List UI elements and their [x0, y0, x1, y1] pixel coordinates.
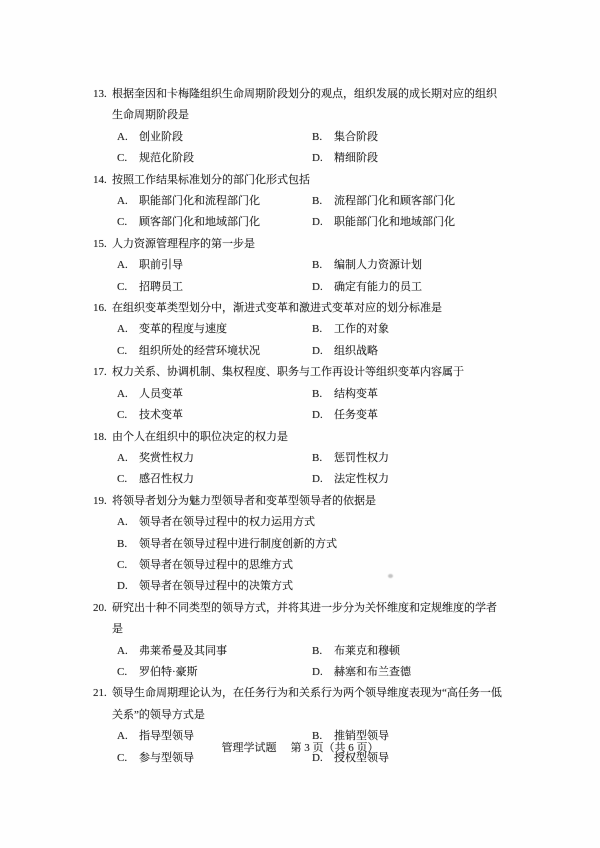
- question-line: 20. 研究出十种不同类型的领导方式，并将其进一步分为关怀维度和定规维度的学者是: [93, 598, 505, 641]
- option-text: 职前引导: [139, 255, 183, 276]
- option-text: 领导者在领导过程中进行制度创新的方式: [139, 534, 337, 555]
- option-item: A.人员变革: [117, 384, 312, 405]
- question-number: 21.: [93, 683, 112, 726]
- option-text: 确定有能力的员工: [334, 277, 422, 298]
- option-text: 赫塞和布兰查德: [334, 662, 411, 683]
- option-row: D.领导者在领导过程中的决策方式: [117, 576, 505, 597]
- option-item: C.顾客部门化和地域部门化: [117, 212, 312, 233]
- option-label: C.: [117, 148, 139, 169]
- option-label: C.: [117, 555, 139, 576]
- option-item: D.职能部门化和地域部门化: [312, 212, 455, 233]
- question-number: 15.: [93, 234, 112, 255]
- option-item: C.组织所处的经营环境状况: [117, 341, 312, 362]
- option-text: 领导者在领导过程中的决策方式: [139, 576, 293, 597]
- options-group: A.职能部门化和流程部门化B.流程部门化和顾客部门化C.顾客部门化和地域部门化D…: [93, 191, 505, 234]
- option-row: A.人员变革B.结构变革: [117, 384, 505, 405]
- exam-page: 13. 根据奎因和卡梅隆组织生命周期阶段划分的观点，组织发展的成长期对应的组织生…: [0, 0, 600, 848]
- question-text: 领导生命周期理论认为，在任务行为和关系行为两个领导维度表现为“高任务一低关系”的…: [112, 683, 505, 726]
- option-item: C.技术变革: [117, 405, 312, 426]
- option-item: D.任务变革: [312, 405, 378, 426]
- option-label: D.: [312, 277, 334, 298]
- option-text: 惩罚性权力: [334, 448, 389, 469]
- option-row: A.奖赏性权力B.惩罚性权力: [117, 448, 505, 469]
- option-text: 精细阶段: [334, 148, 378, 169]
- option-label: D.: [312, 662, 334, 683]
- option-item: D.精细阶段: [312, 148, 378, 169]
- option-text: 结构变革: [334, 384, 378, 405]
- options-group: A.变革的程度与速度B.工作的对象C.组织所处的经营环境状况D.组织战略: [93, 319, 505, 362]
- option-item: A.创业阶段: [117, 127, 312, 148]
- option-item: B.布莱克和穆顿: [312, 641, 400, 662]
- option-row: C.顾客部门化和地域部门化D.职能部门化和地域部门化: [117, 212, 505, 233]
- options-group: A.奖赏性权力B.惩罚性权力C.感召性权力D.法定性权力: [93, 448, 505, 491]
- question-line: 14. 按照工作结果标准划分的部门化形式包括: [93, 170, 505, 191]
- option-label: A.: [117, 448, 139, 469]
- option-row: A.职能部门化和流程部门化B.流程部门化和顾客部门化: [117, 191, 505, 212]
- question-text: 由个人在组织中的职位决定的权力是: [112, 427, 505, 448]
- question-line: 13. 根据奎因和卡梅隆组织生命周期阶段划分的观点，组织发展的成长期对应的组织生…: [93, 84, 505, 127]
- question-number: 16.: [93, 298, 112, 319]
- option-text: 职能部门化和地域部门化: [334, 212, 455, 233]
- option-item: B.流程部门化和顾客部门化: [312, 191, 455, 212]
- option-label: B.: [312, 641, 334, 662]
- question-block: 20. 研究出十种不同类型的领导方式，并将其进一步分为关怀维度和定规维度的学者是…: [93, 598, 505, 684]
- option-label: D.: [312, 405, 334, 426]
- option-label: B.: [312, 127, 334, 148]
- option-label: A.: [117, 384, 139, 405]
- footer-page-info: 第 3 页（共 6 页）: [291, 742, 379, 754]
- scan-artifact-dot: [388, 574, 393, 578]
- option-item: B.集合阶段: [312, 127, 378, 148]
- option-row: C.招聘员工D.确定有能力的员工: [117, 277, 505, 298]
- options-group: A.领导者在领导过程中的权力运用方式B.领导者在领导过程中进行制度创新的方式C.…: [93, 512, 505, 598]
- option-item: B.编制人力资源计划: [312, 255, 422, 276]
- option-label: C.: [117, 469, 139, 490]
- options-group: A.弗莱希曼及其同事B.布莱克和穆顿C.罗伯特·豪斯D.赫塞和布兰查德: [93, 641, 505, 684]
- option-item: D.领导者在领导过程中的决策方式: [117, 576, 293, 597]
- options-group: A.人员变革B.结构变革C.技术变革D.任务变革: [93, 384, 505, 427]
- option-text: 组织所处的经营环境状况: [139, 341, 260, 362]
- option-label: C.: [117, 405, 139, 426]
- option-item: C.罗伯特·豪斯: [117, 662, 312, 683]
- question-text: 人力资源管理程序的第一步是: [112, 234, 505, 255]
- question-block: 14. 按照工作结果标准划分的部门化形式包括 A.职能部门化和流程部门化B.流程…: [93, 170, 505, 234]
- questions-list: 13. 根据奎因和卡梅隆组织生命周期阶段划分的观点，组织发展的成长期对应的组织生…: [93, 84, 505, 769]
- option-label: B.: [312, 319, 334, 340]
- question-line: 15. 人力资源管理程序的第一步是: [93, 234, 505, 255]
- option-text: 编制人力资源计划: [334, 255, 422, 276]
- option-label: D.: [312, 148, 334, 169]
- option-label: C.: [117, 277, 139, 298]
- option-row: C.罗伯特·豪斯D.赫塞和布兰查德: [117, 662, 505, 683]
- option-row: A.领导者在领导过程中的权力运用方式: [117, 512, 505, 533]
- option-item: B.结构变革: [312, 384, 378, 405]
- question-number: 20.: [93, 598, 112, 641]
- option-label: D.: [117, 576, 139, 597]
- question-number: 18.: [93, 427, 112, 448]
- option-label: A.: [117, 127, 139, 148]
- option-item: A.变革的程度与速度: [117, 319, 312, 340]
- option-item: B.惩罚性权力: [312, 448, 389, 469]
- question-number: 13.: [93, 84, 112, 127]
- option-text: 弗莱希曼及其同事: [139, 641, 227, 662]
- question-line: 17. 权力关系、协调机制、集权程度、职务与工作再设计等组织变革内容属于: [93, 362, 505, 383]
- option-label: D.: [312, 341, 334, 362]
- option-label: A.: [117, 255, 139, 276]
- option-text: 工作的对象: [334, 319, 389, 340]
- option-row: C.感召性权力D.法定性权力: [117, 469, 505, 490]
- option-text: 变革的程度与速度: [139, 319, 227, 340]
- option-item: A.职能部门化和流程部门化: [117, 191, 312, 212]
- options-group: A.创业阶段B.集合阶段C.规范化阶段D.精细阶段: [93, 127, 505, 170]
- option-item: A.弗莱希曼及其同事: [117, 641, 312, 662]
- option-text: 任务变革: [334, 405, 378, 426]
- option-row: C.技术变革D.任务变革: [117, 405, 505, 426]
- question-number: 14.: [93, 170, 112, 191]
- option-text: 感召性权力: [139, 469, 194, 490]
- option-text: 流程部门化和顾客部门化: [334, 191, 455, 212]
- option-item: C.规范化阶段: [117, 148, 312, 169]
- question-block: 15. 人力资源管理程序的第一步是 A.职前引导B.编制人力资源计划C.招聘员工…: [93, 234, 505, 298]
- option-item: D.组织战略: [312, 341, 378, 362]
- option-label: A.: [117, 319, 139, 340]
- question-line: 18. 由个人在组织中的职位决定的权力是: [93, 427, 505, 448]
- question-text: 在组织变革类型划分中，渐进式变革和激进式变革对应的划分标准是: [112, 298, 505, 319]
- option-row: B.领导者在领导过程中进行制度创新的方式: [117, 534, 505, 555]
- question-line: 16. 在组织变革类型划分中，渐进式变革和激进式变革对应的划分标准是: [93, 298, 505, 319]
- option-text: 领导者在领导过程中的思维方式: [139, 555, 293, 576]
- option-text: 技术变革: [139, 405, 183, 426]
- option-item: D.法定性权力: [312, 469, 389, 490]
- question-block: 18. 由个人在组织中的职位决定的权力是 A.奖赏性权力B.惩罚性权力C.感召性…: [93, 427, 505, 491]
- option-item: A.奖赏性权力: [117, 448, 312, 469]
- question-block: 13. 根据奎因和卡梅隆组织生命周期阶段划分的观点，组织发展的成长期对应的组织生…: [93, 84, 505, 170]
- option-row: C.组织所处的经营环境状况D.组织战略: [117, 341, 505, 362]
- option-label: B.: [312, 448, 334, 469]
- question-block: 21. 领导生命周期理论认为，在任务行为和关系行为两个领导维度表现为“高任务一低…: [93, 683, 505, 769]
- footer-exam-title: 管理学试题: [222, 742, 277, 754]
- question-number: 19.: [93, 491, 112, 512]
- option-label: A.: [117, 512, 139, 533]
- option-row: A.变革的程度与速度B.工作的对象: [117, 319, 505, 340]
- option-text: 奖赏性权力: [139, 448, 194, 469]
- option-row: A.创业阶段B.集合阶段: [117, 127, 505, 148]
- question-text: 根据奎因和卡梅隆组织生命周期阶段划分的观点，组织发展的成长期对应的组织生命周期阶…: [112, 84, 505, 127]
- option-label: A.: [117, 641, 139, 662]
- question-line: 19. 将领导者划分为魅力型领导者和变革型领导者的依据是: [93, 491, 505, 512]
- question-text: 按照工作结果标准划分的部门化形式包括: [112, 170, 505, 191]
- option-row: A.职前引导B.编制人力资源计划: [117, 255, 505, 276]
- option-text: 招聘员工: [139, 277, 183, 298]
- option-row: C.规范化阶段D.精细阶段: [117, 148, 505, 169]
- option-label: B.: [117, 534, 139, 555]
- option-text: 规范化阶段: [139, 148, 194, 169]
- option-text: 创业阶段: [139, 127, 183, 148]
- question-text: 权力关系、协调机制、集权程度、职务与工作再设计等组织变革内容属于: [112, 362, 505, 383]
- option-item: C.领导者在领导过程中的思维方式: [117, 555, 293, 576]
- option-row: A.弗莱希曼及其同事B.布莱克和穆顿: [117, 641, 505, 662]
- question-block: 16. 在组织变革类型划分中，渐进式变革和激进式变革对应的划分标准是 A.变革的…: [93, 298, 505, 362]
- option-item: C.招聘员工: [117, 277, 312, 298]
- option-text: 组织战略: [334, 341, 378, 362]
- option-text: 集合阶段: [334, 127, 378, 148]
- question-line: 21. 领导生命周期理论认为，在任务行为和关系行为两个领导维度表现为“高任务一低…: [93, 683, 505, 726]
- option-item: B.工作的对象: [312, 319, 389, 340]
- option-text: 法定性权力: [334, 469, 389, 490]
- question-number: 17.: [93, 362, 112, 383]
- option-item: D.确定有能力的员工: [312, 277, 422, 298]
- option-label: D.: [312, 469, 334, 490]
- option-label: C.: [117, 341, 139, 362]
- question-block: 19. 将领导者划分为魅力型领导者和变革型领导者的依据是 A.领导者在领导过程中…: [93, 491, 505, 598]
- option-label: B.: [312, 255, 334, 276]
- page-footer: 管理学试题第 3 页（共 6 页）: [0, 741, 600, 755]
- option-label: B.: [312, 384, 334, 405]
- option-text: 职能部门化和流程部门化: [139, 191, 260, 212]
- option-label: A.: [117, 191, 139, 212]
- question-text: 研究出十种不同类型的领导方式，并将其进一步分为关怀维度和定规维度的学者是: [112, 598, 505, 641]
- option-text: 布莱克和穆顿: [334, 641, 400, 662]
- option-text: 罗伯特·豪斯: [139, 662, 198, 683]
- option-text: 顾客部门化和地域部门化: [139, 212, 260, 233]
- option-item: C.感召性权力: [117, 469, 312, 490]
- option-row: C.领导者在领导过程中的思维方式: [117, 555, 505, 576]
- option-label: D.: [312, 212, 334, 233]
- question-block: 17. 权力关系、协调机制、集权程度、职务与工作再设计等组织变革内容属于 A.人…: [93, 362, 505, 426]
- question-text: 将领导者划分为魅力型领导者和变革型领导者的依据是: [112, 491, 505, 512]
- options-group: A.职前引导B.编制人力资源计划C.招聘员工D.确定有能力的员工: [93, 255, 505, 298]
- option-item: A.职前引导: [117, 255, 312, 276]
- option-label: C.: [117, 662, 139, 683]
- option-text: 领导者在领导过程中的权力运用方式: [139, 512, 315, 533]
- option-item: D.赫塞和布兰查德: [312, 662, 411, 683]
- option-text: 人员变革: [139, 384, 183, 405]
- option-label: C.: [117, 212, 139, 233]
- option-item: B.领导者在领导过程中进行制度创新的方式: [117, 534, 337, 555]
- option-label: B.: [312, 191, 334, 212]
- option-item: A.领导者在领导过程中的权力运用方式: [117, 512, 315, 533]
